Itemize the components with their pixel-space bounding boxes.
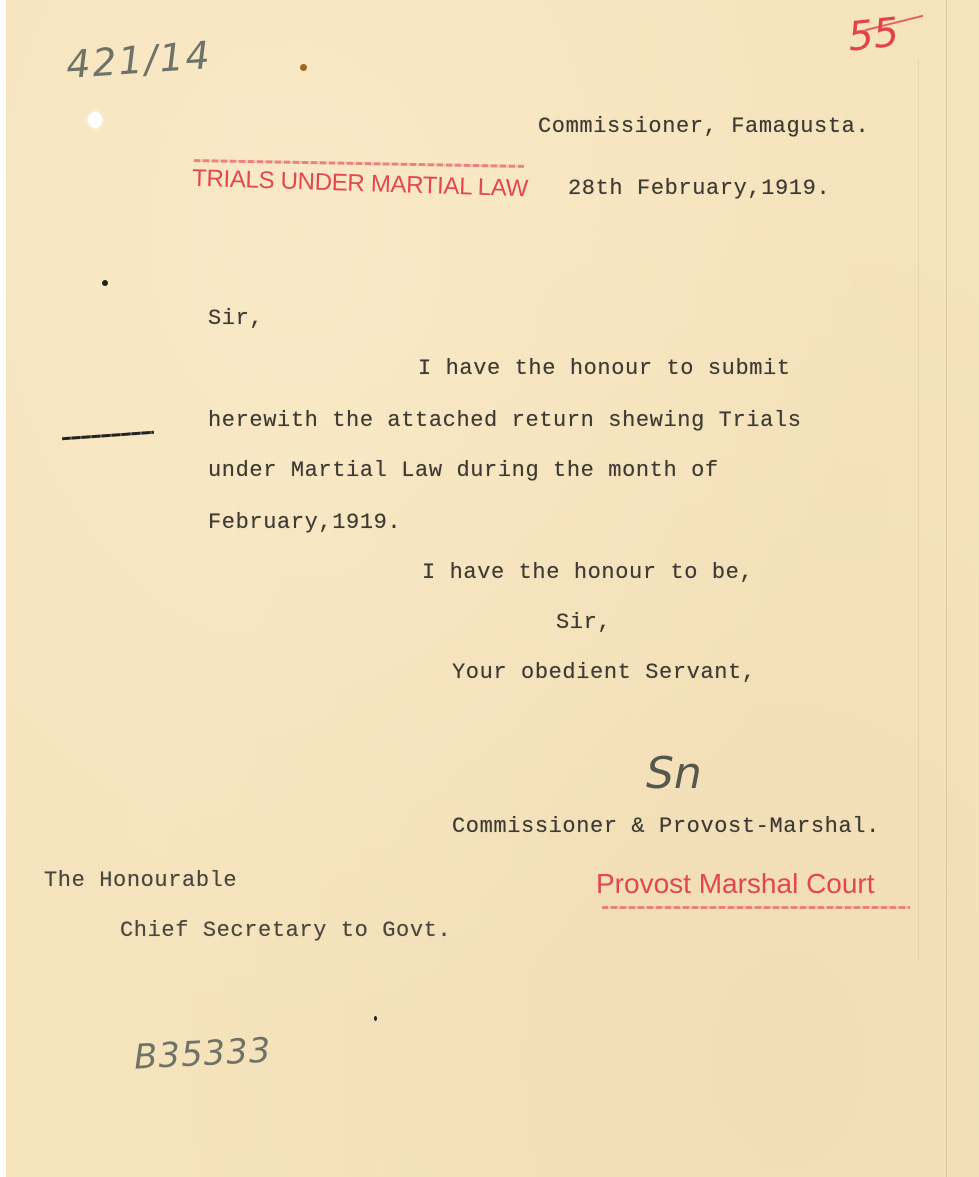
- closing-line-2: Sir,: [556, 610, 611, 635]
- closing-line-3: Your obedient Servant,: [452, 660, 756, 685]
- addressee-line-2: Chief Secretary to Govt.: [120, 918, 451, 943]
- signature: Sn: [646, 748, 702, 799]
- date-line: 28th February,1919.: [568, 176, 830, 201]
- body-line-2: herewith the attached return shewing Tri…: [208, 408, 802, 433]
- stamp-bottom-rule: [602, 906, 910, 909]
- sender-line: Commissioner, Famagusta.: [538, 114, 869, 139]
- margin-dash-mark: [62, 431, 154, 440]
- ink-spot: [300, 64, 307, 71]
- letter-page: 421/14 55 Commissioner, Famagusta. TRIAL…: [6, 0, 979, 1177]
- ink-dot: [374, 1016, 377, 1021]
- signature-title: Commissioner & Provost-Marshal.: [452, 814, 880, 839]
- archive-number: B35333: [133, 1030, 272, 1077]
- handwritten-reference: 421/14: [65, 33, 213, 87]
- salutation: Sir,: [208, 306, 263, 331]
- folio-number: 55: [846, 9, 901, 60]
- stamp-provost-marshal-court: Provost Marshal Court: [596, 868, 875, 900]
- body-line-1: I have the honour to submit: [418, 356, 791, 381]
- body-line-4: February,1919.: [208, 510, 401, 535]
- paper-crease: [946, 0, 947, 1177]
- closing-line-1: I have the honour to be,: [422, 560, 753, 585]
- stamp-trials-under-martial-law: TRIALS UNDER MARTIAL LAW: [192, 165, 529, 204]
- body-line-3: under Martial Law during the month of: [208, 458, 719, 483]
- ink-dot: [102, 280, 108, 286]
- addressee-line-1: The Honourable: [44, 868, 237, 893]
- paper-crease: [918, 60, 919, 960]
- punch-hole: [88, 112, 102, 128]
